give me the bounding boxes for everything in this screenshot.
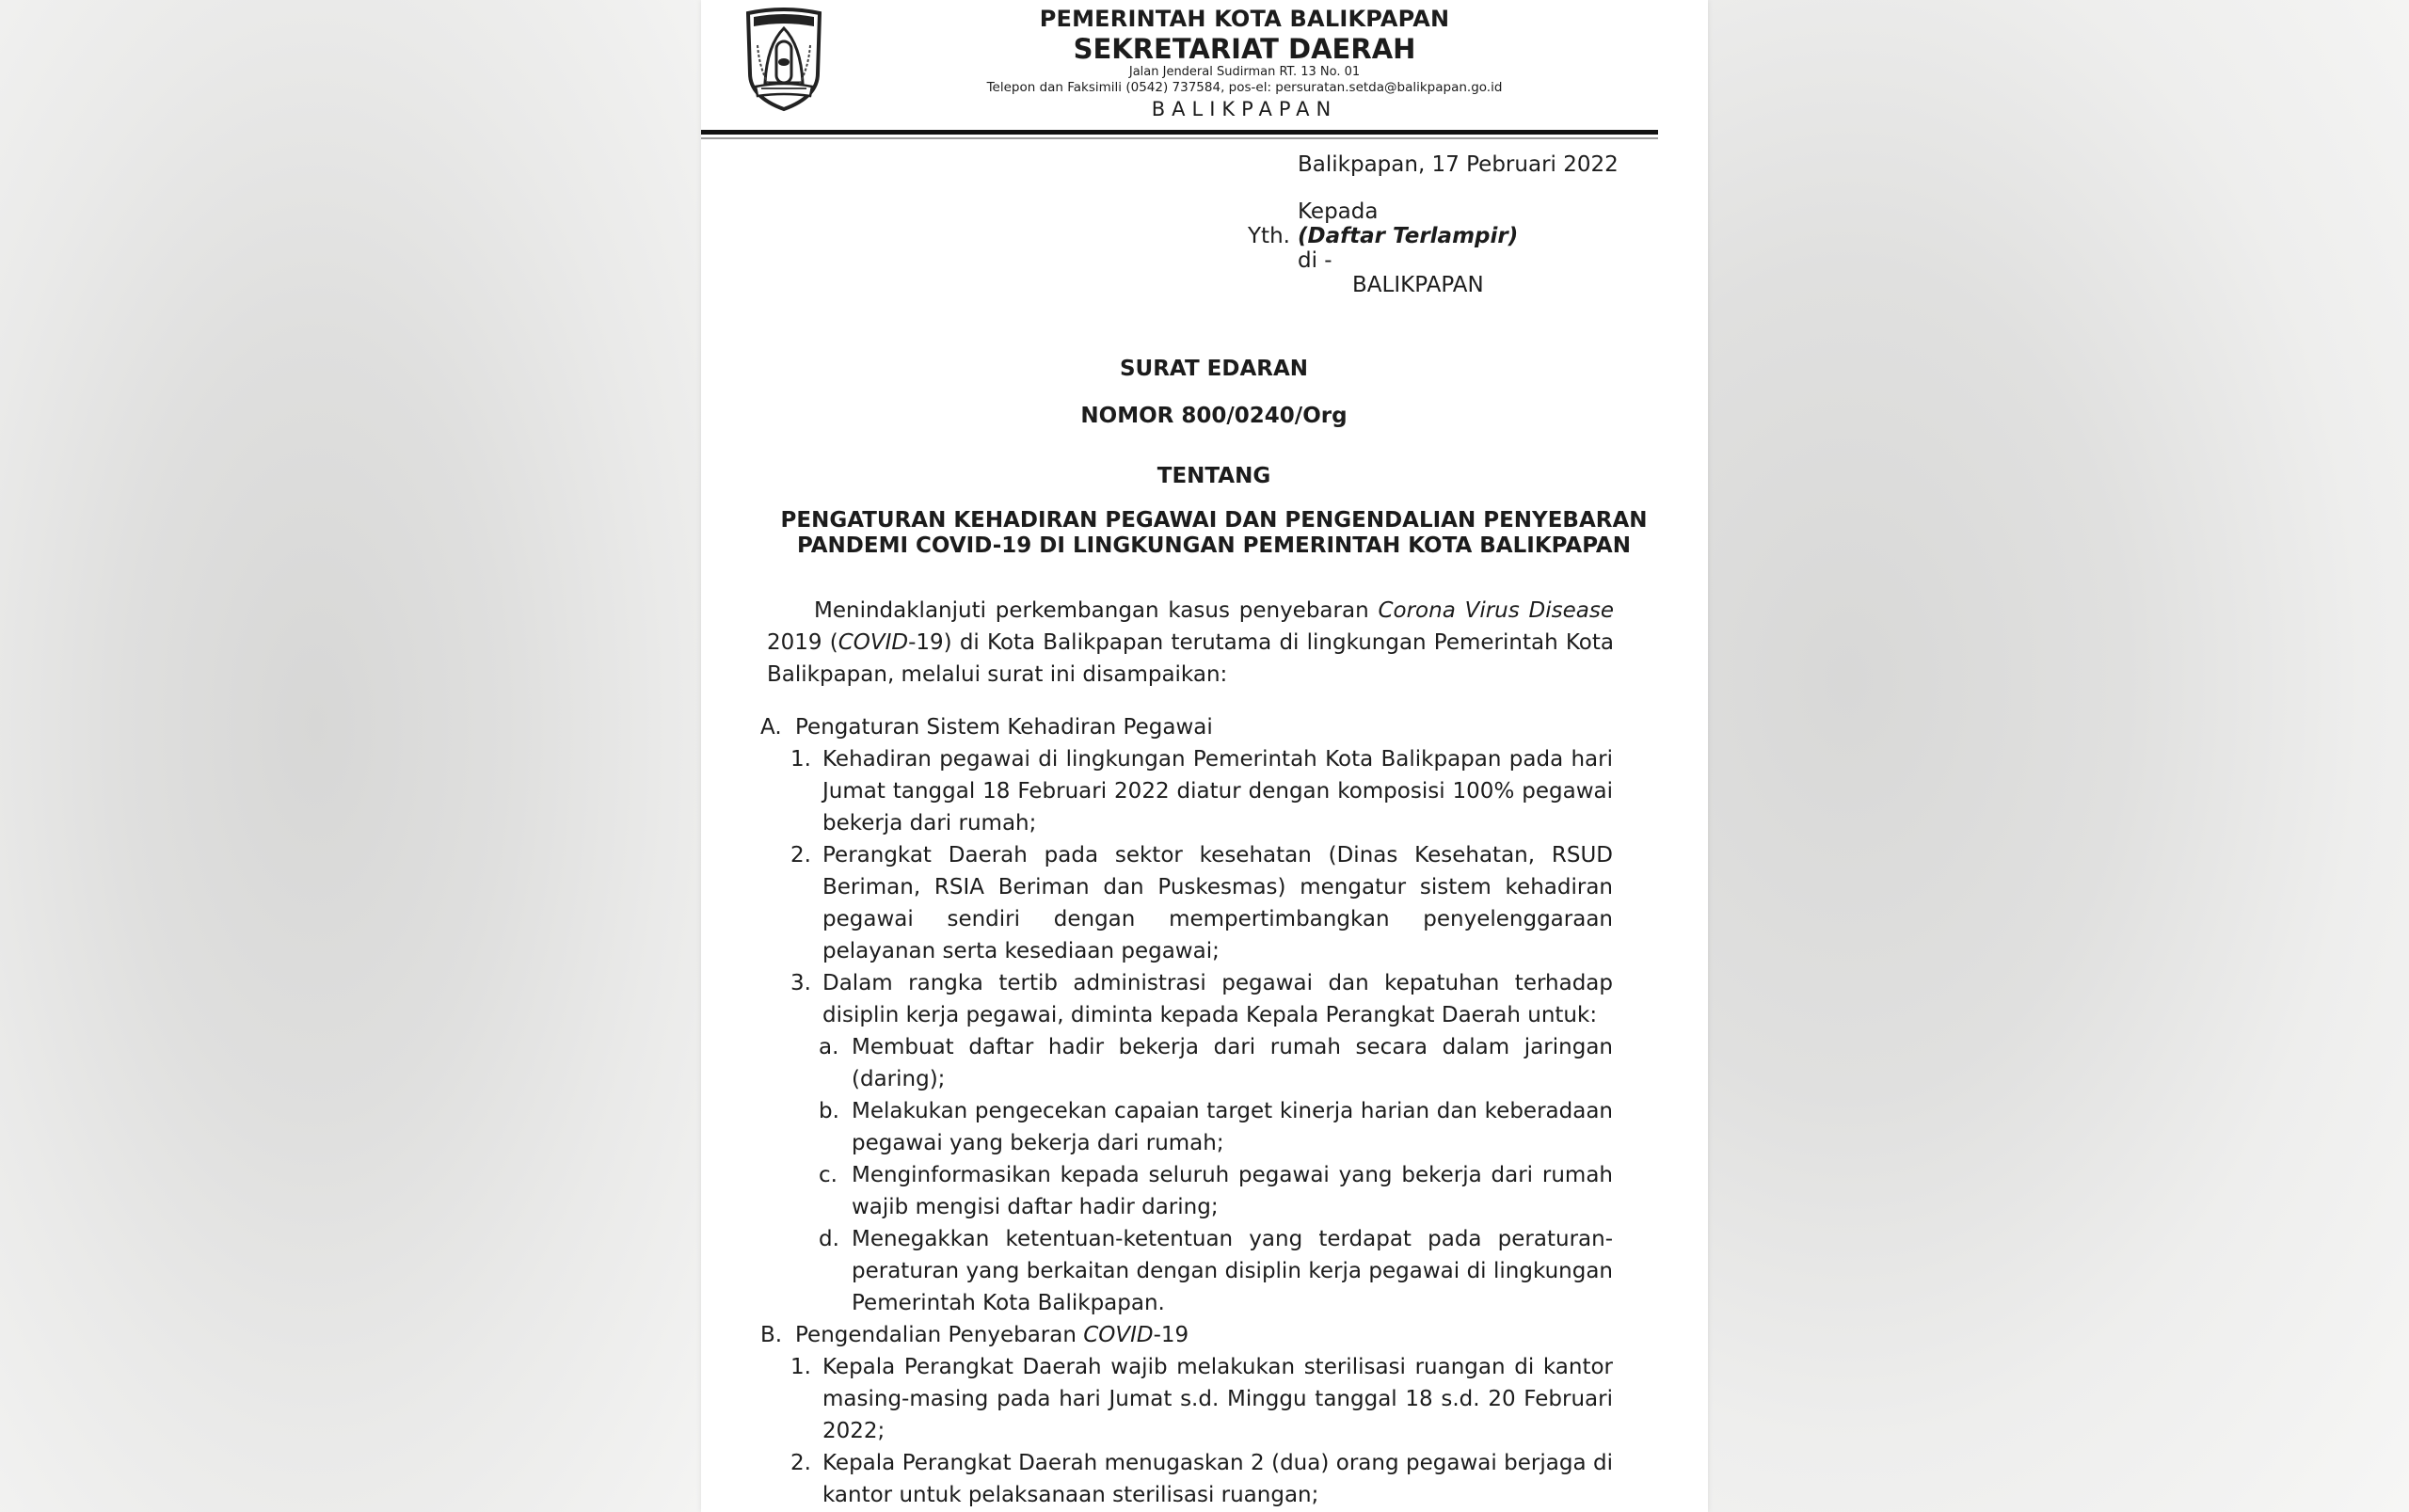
letterhead-divider-thick — [701, 130, 1658, 135]
item-b2: Kepala Perangkat Daerah menugaskan 2 (du… — [822, 1447, 1613, 1511]
letter-number: NOMOR 800/0240/Org — [739, 400, 1689, 432]
document-page: PEMERINTAH KOTA BALIKPAPAN SEKRETARIAT D… — [701, 0, 1708, 1512]
intro-line-1: Menindaklanjuti perkembangan kasus penye… — [767, 595, 1614, 627]
subitem-c-marker: c. — [819, 1159, 838, 1191]
letter-type: SURAT EDARAN — [739, 353, 1689, 385]
recipient-addressee: (Daftar Terlampir) — [1298, 224, 1518, 248]
letterhead-contact: Telepon dan Faksimili (0542) 737584, pos… — [983, 80, 1506, 95]
subitem-a-marker: a. — [819, 1031, 838, 1063]
background-left — [0, 0, 701, 1512]
subject-line-2: PANDEMI COVID-19 DI LINGKUNGAN PEMERINTA… — [739, 533, 1689, 559]
item-a2: Perangkat Daerah pada sektor kesehatan (… — [822, 839, 1613, 967]
recipient-place: BALIKPAPAN — [1352, 273, 1484, 297]
background-right — [1708, 0, 2409, 1512]
letterhead-office: SEKRETARIAT DAERAH — [983, 33, 1506, 65]
section-a-marker: A. — [760, 711, 782, 743]
recipient-di: di - — [1298, 248, 1332, 273]
section-b-heading: Pengendalian Penyebaran COVID-19 — [795, 1319, 1189, 1351]
subject-line-1: PENGATURAN KEHADIRAN PEGAWAI DAN PENGEND… — [739, 508, 1689, 533]
item-b1-marker: 1. — [790, 1351, 811, 1383]
recipient-yth: Yth. — [1248, 224, 1290, 248]
date-line: Balikpapan, 17 Pebruari 2022 — [1298, 149, 1619, 181]
item-a1: Kehadiran pegawai di lingkungan Pemerint… — [822, 743, 1613, 839]
item-a2-marker: 2. — [790, 839, 811, 871]
item-a3-marker: 3. — [790, 967, 811, 999]
subitem-d: Menegakkan ketentuan-ketentuan yang terd… — [852, 1223, 1613, 1319]
subitem-d-marker: d. — [819, 1223, 839, 1255]
intro-paragraph: Menindaklanjuti perkembangan kasus penye… — [767, 595, 1614, 691]
intro-line-2: 2019 (COVID-19) di Kota Balikpapan terut… — [767, 627, 1614, 659]
section-b-marker: B. — [760, 1319, 782, 1351]
subitem-c: Menginformasikan kepada seluruh pegawai … — [852, 1159, 1613, 1223]
recipient-kepada: Kepada — [1298, 199, 1378, 224]
subitem-b-marker: b. — [819, 1095, 839, 1127]
subitem-b: Melakukan pengecekan capaian target kine… — [852, 1095, 1613, 1159]
section-a-heading: Pengaturan Sistem Kehadiran Pegawai — [795, 711, 1213, 743]
item-a3: Dalam rangka tertib administrasi pegawai… — [822, 967, 1613, 1031]
balikpapan-city-emblem-icon — [739, 8, 829, 113]
letterhead-city: BALIKPAPAN — [983, 98, 1506, 120]
letterhead-address: Jalan Jenderal Sudirman RT. 13 No. 01 — [983, 65, 1506, 79]
subitem-a: Membuat daftar hadir bekerja dari rumah … — [852, 1031, 1613, 1095]
letterhead-government: PEMERINTAH KOTA BALIKPAPAN — [983, 6, 1506, 32]
item-b1: Kepala Perangkat Daerah wajib melakukan … — [822, 1351, 1613, 1447]
intro-line-3: Balikpapan, melalui surat ini disampaika… — [767, 659, 1614, 691]
letter-about: TENTANG — [739, 460, 1689, 492]
item-a1-marker: 1. — [790, 743, 811, 775]
item-b2-marker: 2. — [790, 1447, 811, 1479]
letterhead-divider-thin — [701, 137, 1658, 139]
